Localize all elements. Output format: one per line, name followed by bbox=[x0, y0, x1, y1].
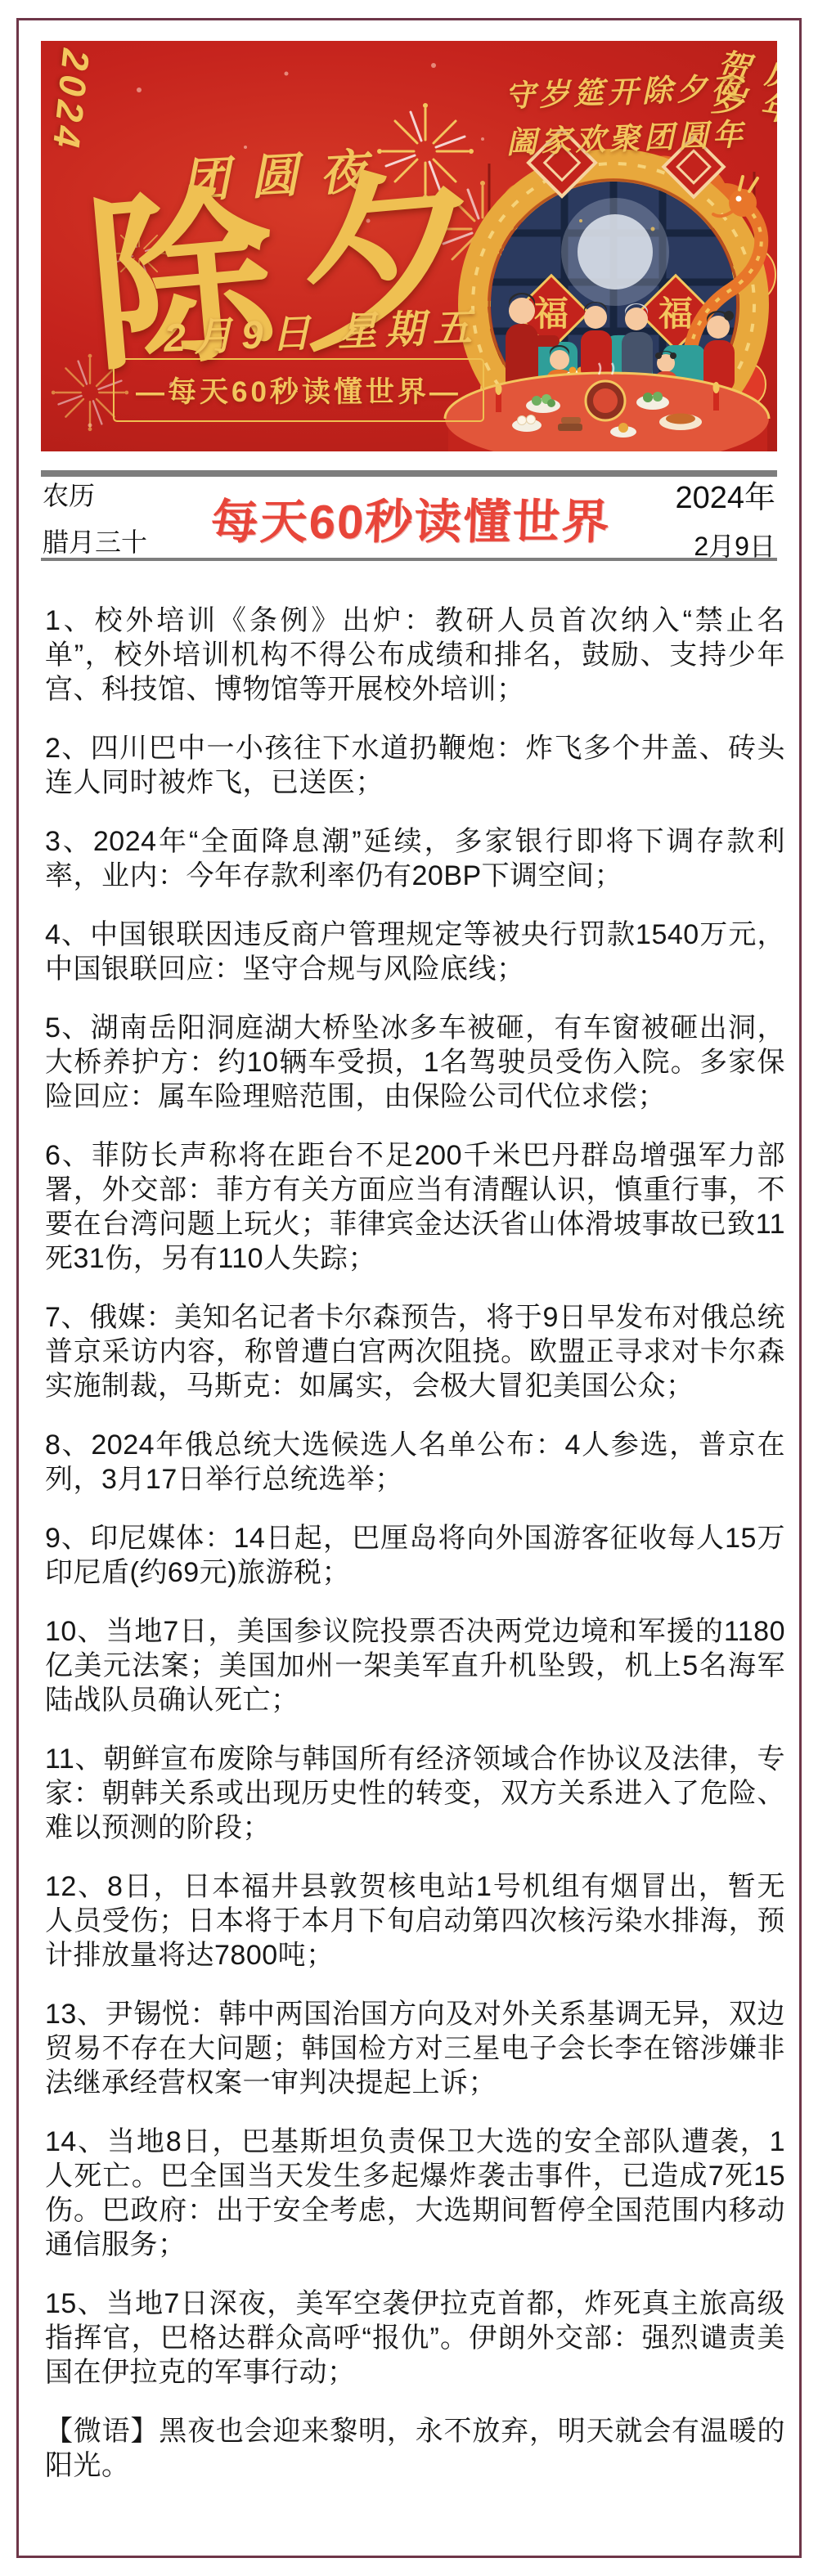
news-footer-quote: 【微语】黑夜也会迎来黎明，永不放弃，明天就会有温暖的阳光。 bbox=[45, 2414, 785, 2483]
news-item: 13、尹锡悦：韩中两国治国方向及对外关系基调无异，双边贸易不存在大问题；韩国检方… bbox=[45, 1997, 785, 2100]
news-item: 11、朝鲜宣布废除与韩国所有经济领域合作协议及法律，专家：朝韩关系或出现历史性的… bbox=[45, 1742, 785, 1845]
news-item: 4、中国银联因违反商户管理规定等被央行罚款1540万元，中国银联回应：坚守合规与… bbox=[45, 918, 785, 986]
banner-date-script: 2月9日 星期五 bbox=[163, 295, 481, 362]
news-list: 1、校外培训《条例》出炉：教研人员首次纳入“禁止名单”，校外培训机构不得公布成绩… bbox=[45, 564, 785, 2507]
divider-thick bbox=[41, 470, 777, 477]
date-bar: 农历 腊月三十 每天60秒读懂世界 2024年 2月9日 bbox=[41, 470, 777, 561]
lunar-label: 农历 bbox=[43, 475, 95, 513]
news-item: 10、当地7日，美国参议院投票否决两党边境和军援的1180亿美元法案；美国加州一… bbox=[45, 1614, 785, 1717]
news-item: 6、菲防长声称将在距台不足200千米巴丹群岛增强军力部署，外交部：菲方有关方面应… bbox=[45, 1138, 785, 1276]
banner-seal: 虎年 贺岁 bbox=[701, 46, 777, 127]
page-title: 每天60秒读懂世界 bbox=[210, 483, 612, 552]
news-item: 15、当地7日深夜，美军空袭伊拉克首都，炸死真主旅高级指挥官，巴格达群众高呼“报… bbox=[45, 2287, 785, 2390]
news-item: 5、湖南岳阳洞庭湖大桥坠冰多车被砸，有车窗被砸出洞，大桥养护方：约10辆车受损，… bbox=[45, 1011, 785, 1114]
seal-column-2: 贺岁 bbox=[701, 46, 757, 120]
festive-banner: 福 福 bbox=[41, 41, 777, 451]
news-item: 3、2024年“全面降息潮”延续，多家银行即将下调存款利率，业内：今年存款利率仍… bbox=[45, 824, 785, 893]
lunar-date-block: 农历 腊月三十 bbox=[41, 475, 147, 559]
date-bar-content: 农历 腊月三十 每天60秒读懂世界 2024年 2月9日 bbox=[41, 477, 777, 558]
news-item: 12、8日，日本福井县敦贺核电站1号机组有烟冒出，暂无人员受伤；日本将于本月下旬… bbox=[45, 1869, 785, 1972]
news-item: 14、当地8日，巴基斯坦负责保卫大选的安全部队遭袭，1人死亡。巴全国当天发生多起… bbox=[45, 2125, 785, 2262]
news-item: 1、校外培训《条例》出炉：教研人员首次纳入“禁止名单”，校外培训机构不得公布成绩… bbox=[45, 604, 785, 707]
couplet-line-2: 阖家欢聚团圆年 bbox=[506, 111, 748, 167]
year-label: 2024年 bbox=[675, 472, 775, 517]
news-item: 7、俄媒：美知名记者卡尔森预告，将于9日早发布对俄总统普京采访内容，称曾遭白宫两… bbox=[45, 1300, 785, 1403]
gregorian-date-block: 2024年 2月9日 bbox=[675, 472, 777, 563]
news-item: 9、印尼媒体：14日起，巴厘岛将向外国游客征收每人15万印尼盾(约69元)旅游税… bbox=[45, 1521, 785, 1590]
divider-thin bbox=[41, 558, 777, 561]
news-item: 2、四川巴中一小孩往下水道扔鞭炮：炸飞多个井盖、砖头连人同时被炸飞，已送医； bbox=[45, 731, 785, 800]
fu-character: 福 bbox=[534, 294, 569, 333]
fu-character: 福 bbox=[658, 294, 693, 333]
lunar-date: 腊月三十 bbox=[43, 522, 147, 559]
news-item: 8、2024年俄总统大选候选人名单公布：4人参选，普京在列，3月17日举行总统选… bbox=[45, 1428, 785, 1497]
banner-tagline: —每天60秒读懂世界— bbox=[113, 358, 484, 422]
